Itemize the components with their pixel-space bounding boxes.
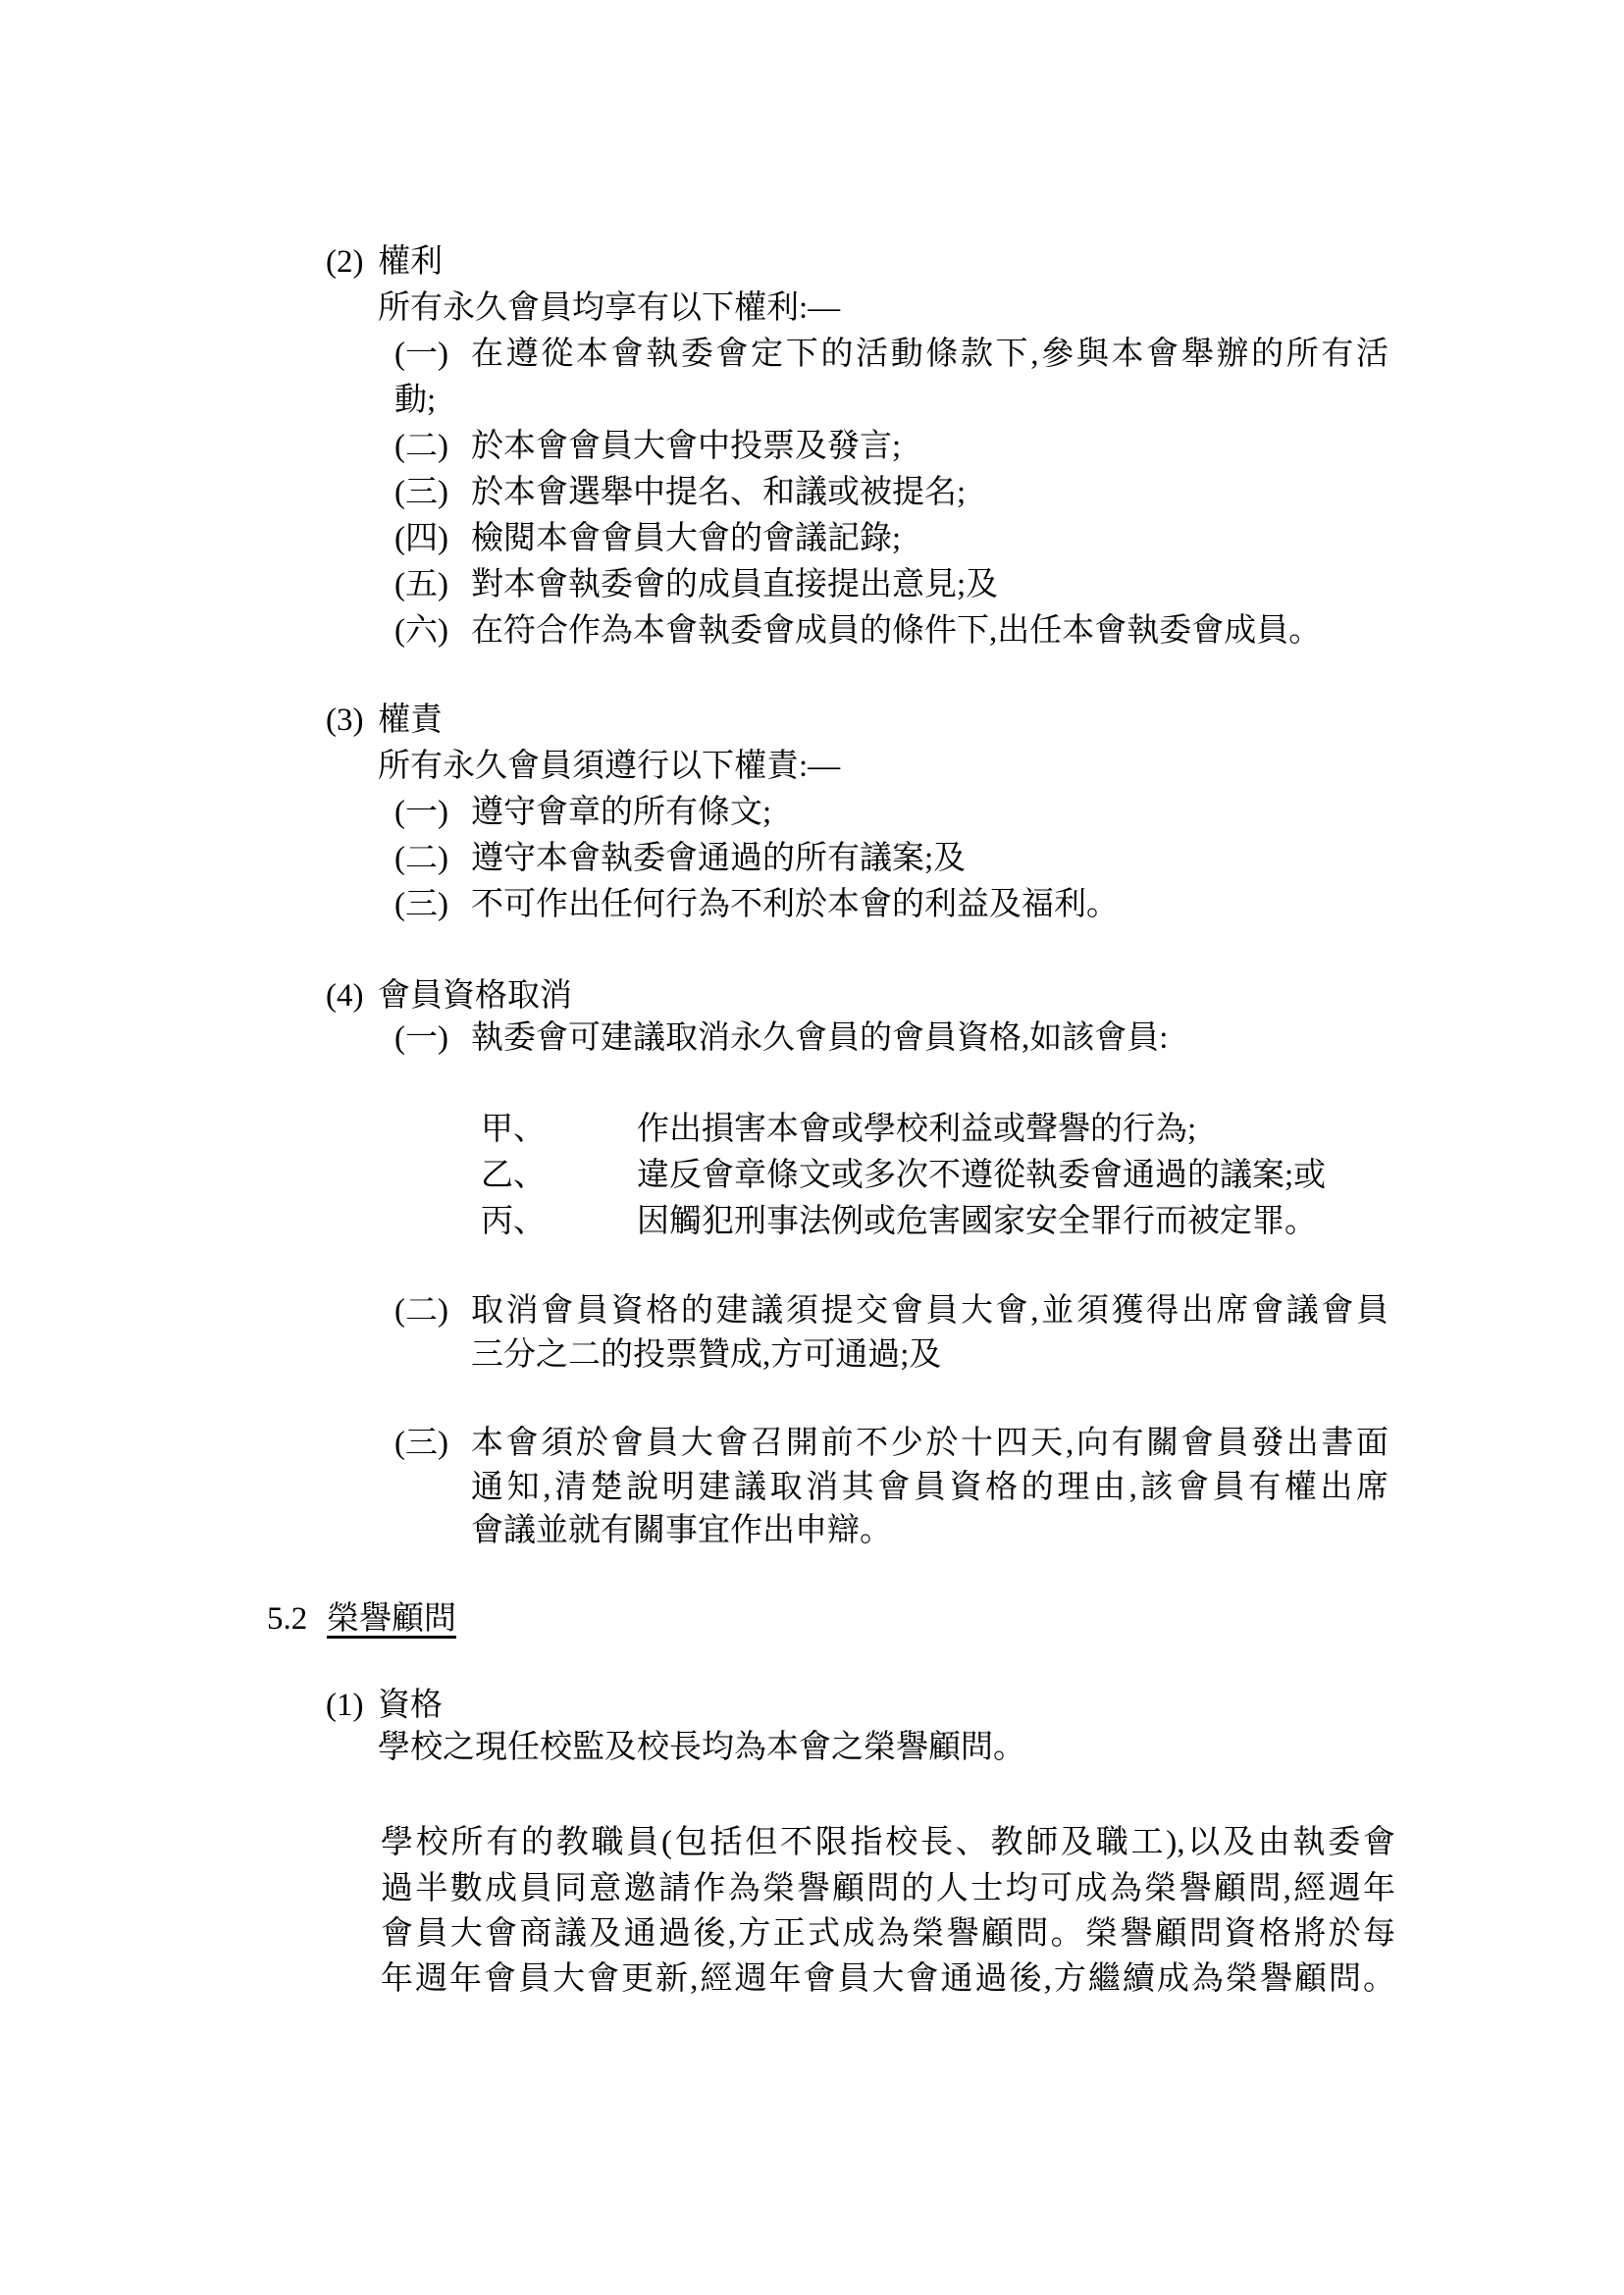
- duties-item-3: (三) 不可作出任何行為不利於本會的利益及福利。: [394, 885, 1119, 925]
- revocation-item-3: (三) 本會須於會員大會召開前不少於十四天,向有關會員發出書面: [394, 1424, 1388, 1464]
- duties-number: (3): [326, 701, 378, 741]
- duties-item-3-label: (三): [394, 885, 471, 925]
- rights-item-4-label: (四): [394, 519, 471, 559]
- duties-title: 權責: [378, 701, 443, 741]
- revocation-ground-c-text: 因觸犯刑事法例或危害國家安全罪行而被定罪。: [637, 1202, 1317, 1242]
- rights-item-4: (四) 檢閱本會會員大會的會議記錄;: [394, 519, 901, 559]
- honorary-section-heading: 5.2 榮譽顧問: [267, 1599, 456, 1640]
- rights-item-1-label: (一): [394, 335, 471, 375]
- qualification-title: 資格: [378, 1686, 443, 1726]
- rights-item-6-label: (六): [394, 611, 471, 652]
- revocation-item-3-label: (三): [394, 1424, 471, 1464]
- revocation-ground-b-text: 違反會章條文或多次不遵從執委會通過的議案;或: [637, 1156, 1326, 1196]
- revocation-ground-a-label: 甲、: [481, 1110, 637, 1150]
- duties-intro: 所有永久會員須遵行以下權責:—: [378, 747, 840, 787]
- rights-title: 權利: [378, 242, 443, 283]
- document-page: (2) 權利 所有永久會員均享有以下權利:— (一) 在遵從本會執委會定下的活動…: [0, 0, 1624, 2295]
- revocation-item-2: (二) 取消會員資格的建議須提交會員大會,並須獲得出席會議會員: [394, 1291, 1388, 1331]
- qualification-paragraph-2-line-3: 會員大會商議及通過後,方正式成為榮譽顧問。榮譽顧問資格將於每: [381, 1914, 1395, 1955]
- revocation-item-1-label: (一): [394, 1018, 471, 1059]
- revocation-title: 會員資格取消: [378, 976, 572, 1017]
- qualification-paragraph-2-line-1: 學校所有的教職員(包括但不限指校長、教師及職工),以及由執委會: [381, 1823, 1395, 1863]
- rights-item-1: (一) 在遵從本會執委會定下的活動條款下,參與本會舉辦的所有活: [394, 335, 1388, 375]
- revocation-ground-a-text: 作出損害本會或學校利益或聲譽的行為;: [637, 1110, 1196, 1150]
- duties-heading: (3) 權責: [326, 701, 443, 741]
- revocation-ground-b-label: 乙、: [481, 1156, 637, 1196]
- revocation-item-3-continuation-2: 會議並就有關事宜作出申辯。: [471, 1511, 892, 1551]
- honorary-section-number: 5.2: [267, 1599, 327, 1640]
- rights-item-3: (三) 於本會選舉中提名、和議或被提名;: [394, 473, 966, 513]
- rights-item-4-text: 檢閱本會會員大會的會議記錄;: [471, 519, 901, 559]
- duties-item-2-text: 遵守本會執委會通過的所有議案;及: [471, 839, 966, 879]
- qualification-paragraph-2-line-2: 過半數成員同意邀請作為榮譽顧問的人士均可成為榮譽顧問,經週年: [381, 1869, 1395, 1909]
- rights-item-6: (六) 在符合作為本會執委會成員的條件下,出任本會執委會成員。: [394, 611, 1321, 652]
- rights-item-2: (二) 於本會會員大會中投票及發言;: [394, 427, 901, 467]
- revocation-ground-a: 甲、 作出損害本會或學校利益或聲譽的行為;: [481, 1110, 1196, 1150]
- revocation-item-1-text: 執委會可建議取消永久會員的會員資格,如該會員:: [471, 1018, 1168, 1059]
- revocation-item-1: (一) 執委會可建議取消永久會員的會員資格,如該會員:: [394, 1018, 1168, 1059]
- revocation-item-2-label: (二): [394, 1291, 471, 1331]
- rights-number: (2): [326, 242, 378, 283]
- rights-item-5: (五) 對本會執委會的成員直接提出意見;及: [394, 565, 998, 605]
- rights-item-2-text: 於本會會員大會中投票及發言;: [471, 427, 901, 467]
- rights-heading: (2) 權利: [326, 242, 443, 283]
- revocation-item-2-line1: 取消會員資格的建議須提交會員大會,並須獲得出席會議會員: [471, 1291, 1388, 1331]
- revocation-ground-c-label: 丙、: [481, 1202, 637, 1242]
- duties-item-2-label: (二): [394, 839, 471, 879]
- revocation-item-2-continuation: 三分之二的投票贊成,方可通過;及: [471, 1335, 941, 1376]
- rights-item-5-text: 對本會執委會的成員直接提出意見;及: [471, 565, 998, 605]
- revocation-ground-c: 丙、 因觸犯刑事法例或危害國家安全罪行而被定罪。: [481, 1202, 1317, 1242]
- rights-item-5-label: (五): [394, 565, 471, 605]
- duties-item-3-text: 不可作出任何行為不利於本會的利益及福利。: [471, 885, 1119, 925]
- qualification-paragraph-1: 學校之現任校監及校長均為本會之榮譽顧問。: [378, 1728, 1025, 1768]
- duties-item-1: (一) 遵守會章的所有條文;: [394, 793, 771, 833]
- revocation-item-3-line1: 本會須於會員大會召開前不少於十四天,向有關會員發出書面: [471, 1424, 1388, 1464]
- rights-item-2-label: (二): [394, 427, 471, 467]
- qualification-heading: (1) 資格: [326, 1686, 443, 1726]
- duties-item-2: (二) 遵守本會執委會通過的所有議案;及: [394, 839, 966, 879]
- rights-item-3-text: 於本會選舉中提名、和議或被提名;: [471, 473, 966, 513]
- rights-item-3-label: (三): [394, 473, 471, 513]
- duties-item-1-label: (一): [394, 793, 471, 833]
- rights-item-1-text: 在遵從本會執委會定下的活動條款下,參與本會舉辦的所有活: [471, 335, 1388, 375]
- revocation-item-3-continuation-1: 通知,清楚說明建議取消其會員資格的理由,該會員有權出席: [471, 1468, 1388, 1508]
- revocation-ground-b: 乙、 違反會章條文或多次不遵從執委會通過的議案;或: [481, 1156, 1326, 1196]
- rights-item-1-continuation: 動;: [394, 381, 436, 421]
- duties-item-1-text: 遵守會章的所有條文;: [471, 793, 771, 833]
- rights-item-6-text: 在符合作為本會執委會成員的條件下,出任本會執委會成員。: [471, 611, 1321, 652]
- qualification-number: (1): [326, 1686, 378, 1726]
- qualification-paragraph-2-line-4: 年週年會員大會更新,經週年會員大會通過後,方繼續成為榮譽顧問。: [381, 1959, 1395, 2000]
- rights-intro: 所有永久會員均享有以下權利:—: [378, 288, 840, 329]
- revocation-heading: (4) 會員資格取消: [326, 976, 572, 1017]
- honorary-section-title: 榮譽顧問: [327, 1599, 456, 1640]
- revocation-number: (4): [326, 976, 378, 1017]
